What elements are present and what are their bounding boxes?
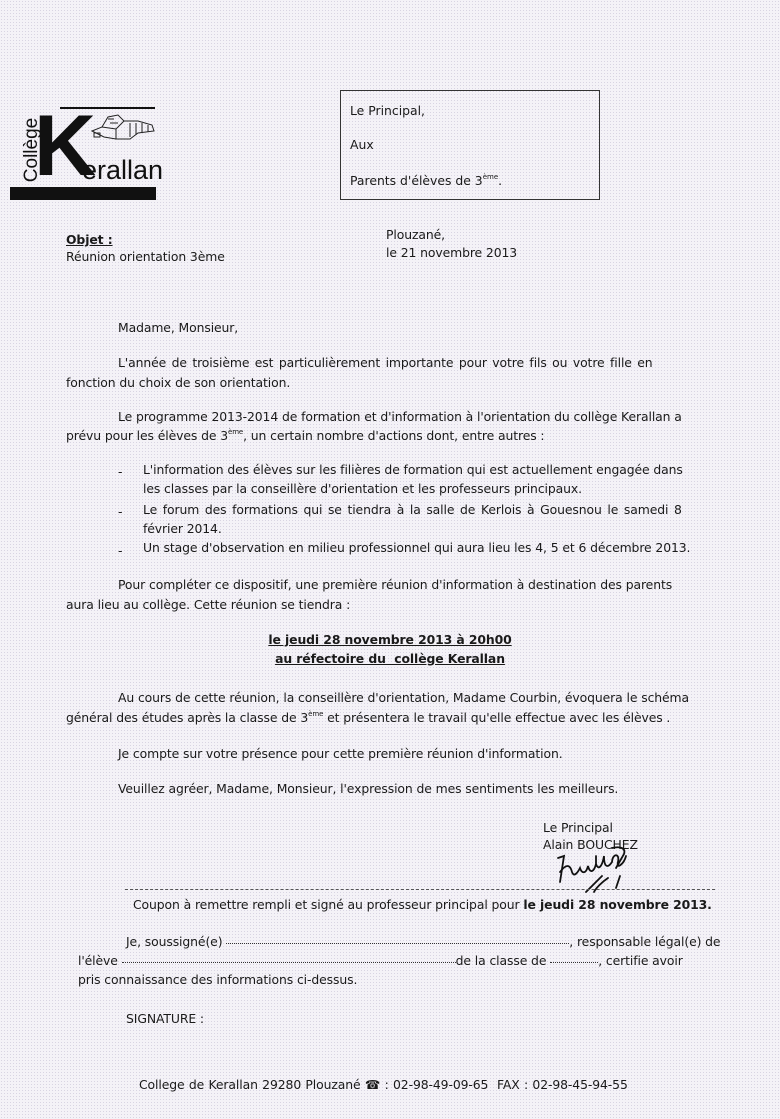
sender-line: Le Principal, bbox=[350, 103, 425, 118]
bullet-marker: - bbox=[118, 543, 122, 558]
cut-line bbox=[125, 889, 715, 890]
p2-text-a: prévu pour les élèves de 3 bbox=[66, 428, 228, 443]
handwritten-signature bbox=[550, 842, 660, 894]
coupon-form-line-2: l'élève de la classe de , certifie avoir bbox=[78, 953, 683, 968]
phone-icon: ☎ bbox=[365, 1077, 380, 1092]
coupon-instruction: Coupon à remettre rempli et signé au pro… bbox=[133, 897, 712, 912]
logo-name-rest: erallan bbox=[82, 155, 163, 185]
paragraph-5: Veuillez agréer, Madame, Monsieur, l'exp… bbox=[118, 781, 618, 796]
p2-sup: ème bbox=[228, 428, 243, 436]
student-label: l'élève bbox=[78, 953, 122, 968]
logo-bottom-bar bbox=[10, 187, 156, 200]
footer-phone: : 02-98-49-09-65 bbox=[385, 1077, 489, 1092]
coupon-form-line-1: Je, soussigné(e) , responsable légal(e) … bbox=[126, 934, 720, 949]
meeting-datetime: le jeudi 28 novembre 2013 à 20h00 bbox=[0, 632, 780, 647]
footer-fax: FAX : 02-98-45-94-55 bbox=[497, 1077, 628, 1092]
signature-label: SIGNATURE : bbox=[126, 1011, 204, 1026]
coupon-deadline: le jeudi 28 novembre 2013. bbox=[523, 897, 711, 912]
signature-field[interactable] bbox=[215, 1005, 515, 1045]
p3-sup: ème bbox=[308, 710, 323, 718]
bullet-marker: - bbox=[118, 464, 122, 479]
certify-label: , certifie avoir bbox=[598, 953, 683, 968]
to-line: Aux bbox=[350, 137, 374, 152]
p3-text-b: et présentera le travail qu'elle effectu… bbox=[323, 710, 670, 725]
undersigned-label: Je, soussigné(e) bbox=[126, 934, 226, 949]
footer-address: College de Kerallan 29280 Plouzané bbox=[139, 1077, 361, 1092]
bullet-2-line-1: Le forum des formations qui se tiendra à… bbox=[143, 502, 682, 517]
recipient-text: Parents d'élèves de 3 bbox=[350, 173, 483, 188]
paragraph-1-line-1: L'année de troisième est particulièremen… bbox=[118, 355, 653, 370]
bullet-1-line-1: L'information des élèves sur les filière… bbox=[143, 462, 683, 477]
meeting-intro-line-2: aura lieu au collège. Cette réunion se t… bbox=[66, 597, 350, 612]
coupon-instruction-text: Coupon à remettre rempli et signé au pro… bbox=[133, 897, 523, 912]
bullet-2-line-2: février 2014. bbox=[143, 521, 222, 536]
meeting-intro-line-1: Pour compléter ce dispositif, une premiè… bbox=[118, 577, 672, 592]
object-value: Réunion orientation 3ème bbox=[66, 249, 225, 264]
footer-contact: College de Kerallan 29280 Plouzané ☎ : 0… bbox=[139, 1077, 628, 1092]
recipient-sup: ème bbox=[483, 173, 498, 181]
signatory-title: Le Principal bbox=[543, 820, 613, 835]
place: Plouzané, bbox=[386, 227, 445, 242]
parent-name-field[interactable] bbox=[226, 942, 569, 944]
coupon-form-line-3: pris connaissance des informations ci-de… bbox=[78, 972, 357, 987]
paragraph-3-line-2: général des études après la classe de 3è… bbox=[66, 710, 670, 725]
class-field[interactable] bbox=[550, 961, 598, 963]
legal-guardian-label: , responsable légal(e) de bbox=[569, 934, 720, 949]
recipient-box: Le Principal, Aux Parents d'élèves de 3è… bbox=[340, 90, 600, 200]
paragraph-2-line-2: prévu pour les élèves de 3ème, un certai… bbox=[66, 428, 545, 443]
bullet-3-line-1: Un stage d'observation en milieu profess… bbox=[143, 540, 690, 555]
building-sketch-icon bbox=[90, 113, 156, 147]
student-name-field[interactable] bbox=[122, 961, 456, 963]
object-label: Objet : bbox=[66, 232, 113, 247]
paragraph-1-line-2: fonction du choix de son orientation. bbox=[66, 375, 290, 390]
recipient-end: . bbox=[498, 173, 502, 188]
salutation: Madame, Monsieur, bbox=[118, 320, 238, 335]
paragraph-4: Je compte sur votre présence pour cette … bbox=[118, 746, 563, 761]
paragraph-2-line-1: Le programme 2013-2014 de formation et d… bbox=[118, 409, 682, 424]
bullet-1-line-2: les classes par la conseillère d'orienta… bbox=[143, 481, 582, 496]
class-label: de la classe de bbox=[456, 953, 551, 968]
recipient-line: Parents d'élèves de 3ème. bbox=[350, 173, 502, 188]
p3-text-a: général des études après la classe de 3 bbox=[66, 710, 308, 725]
college-logo: Collège K erallan bbox=[10, 103, 156, 201]
paragraph-3-line-1: Au cours de cette réunion, la conseillèr… bbox=[118, 690, 689, 705]
letter-date: le 21 novembre 2013 bbox=[386, 245, 517, 260]
p2-text-b: , un certain nombre d'actions dont, entr… bbox=[243, 428, 544, 443]
bullet-marker: - bbox=[118, 504, 122, 519]
meeting-location: au réfectoire du collège Kerallan bbox=[0, 651, 780, 666]
